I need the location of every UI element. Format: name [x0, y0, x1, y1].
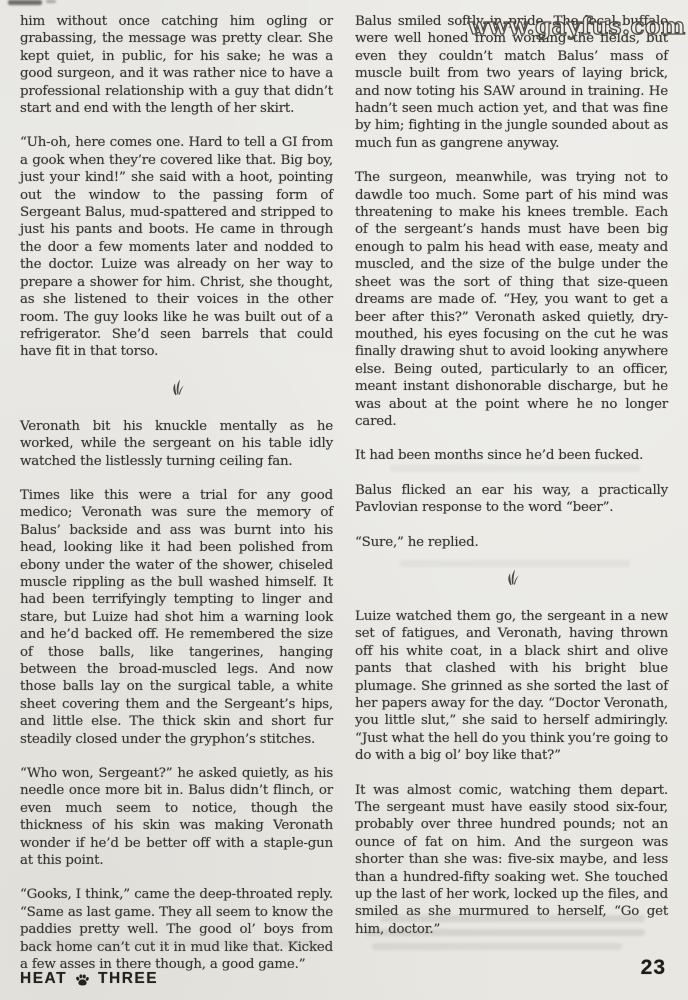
- paragraph: Balus flicked an ear his way, a practica…: [355, 482, 668, 517]
- issue-word: THREE: [98, 970, 158, 988]
- paragraph: Veronath bit his knuckle mentally as he …: [20, 418, 333, 470]
- scan-artifact-smudge: [8, 0, 42, 5]
- paragraph: The surgeon, meanwhile, was trying not t…: [355, 169, 668, 430]
- running-footer: HEAT THREE: [20, 970, 158, 988]
- section-divider: [355, 568, 668, 587]
- section-divider: [20, 378, 333, 397]
- bleed-through-artifact: [30, 940, 320, 947]
- leaf-sprig-icon: [502, 567, 521, 588]
- paw-icon: [75, 973, 90, 987]
- paragraph: “Who won, Sergeant?” he asked quietly, a…: [20, 765, 333, 869]
- paragraph: “Uh-oh, here comes one. Hard to tell a G…: [20, 134, 333, 360]
- page-number: 23: [641, 956, 666, 980]
- paragraph: It had been months since he’d been fucke…: [355, 447, 668, 464]
- scanned-page: him without once catching him ogling or …: [0, 0, 688, 1000]
- paragraph: Luize watched them go, the sergeant in a…: [355, 608, 668, 765]
- bleed-through-artifact: [400, 560, 630, 567]
- leaf-sprig-icon: [167, 377, 186, 398]
- paragraph: “Sure,” he replied.: [355, 534, 668, 551]
- bleed-through-artifact: [380, 915, 645, 922]
- bleed-through-artifact: [390, 465, 640, 472]
- journal-title: HEAT: [20, 970, 67, 988]
- right-column: Balus smiled softly in pride. The local …: [355, 13, 668, 940]
- page-body: him without once catching him ogling or …: [20, 13, 668, 940]
- scan-artifact-smudge: [46, 0, 56, 3]
- left-column: him without once catching him ogling or …: [20, 13, 333, 940]
- bleed-through-artifact: [372, 943, 622, 950]
- paragraph: Times like this were a trial for any goo…: [20, 487, 333, 748]
- bleed-through-artifact: [365, 929, 645, 936]
- watermark: www.gayfus.com: [468, 13, 686, 40]
- paragraph: him without once catching him ogling or …: [20, 13, 333, 117]
- page-footer: HEAT THREE 23: [20, 960, 668, 990]
